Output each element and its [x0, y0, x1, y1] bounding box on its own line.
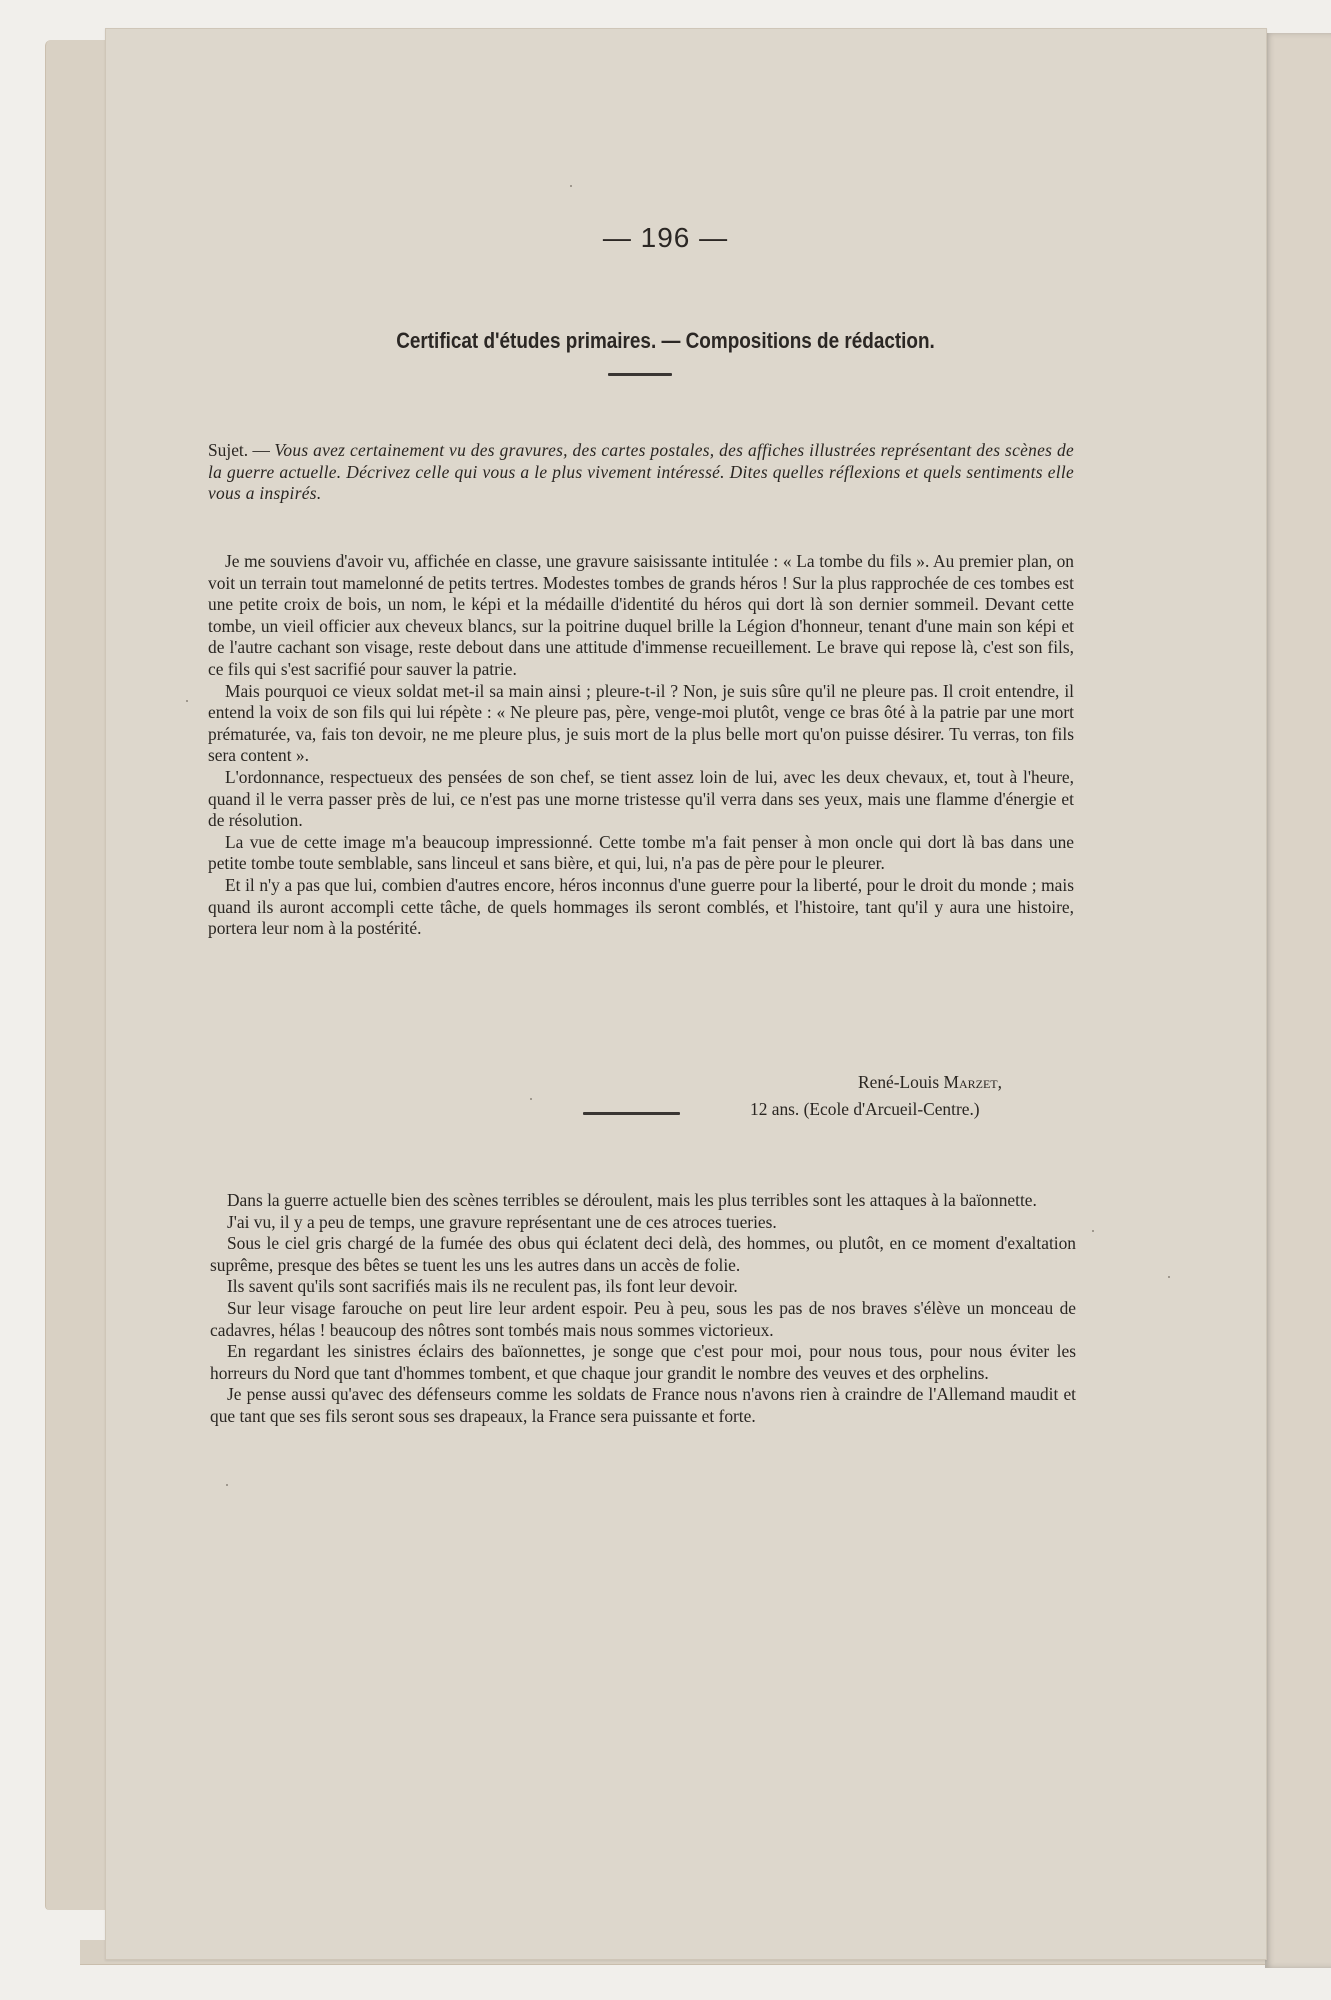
subject-prompt: Sujet. — Vous avez certainement vu des g… [208, 440, 1074, 505]
author-name: René-Louis Marzet, [750, 1069, 1002, 1096]
heading-divider [608, 373, 672, 376]
subject-text: Vous avez certainement vu des gravures, … [208, 440, 1074, 503]
page-heading: Certificat d'études primaires. — Composi… [93, 328, 1238, 354]
essay-two-paragraph: Sur leur visage farouche on peut lire le… [210, 1298, 1076, 1341]
adjacent-sheet-right-edge [1265, 33, 1331, 1968]
essay-one-paragraph: Mais pourquoi ce vieux soldat met-il sa … [208, 681, 1074, 767]
subject-label: Sujet. — [208, 440, 274, 460]
essay-two-paragraph: En regardant les sinistres éclairs des b… [210, 1341, 1076, 1384]
essay-two-paragraph: Ils savent qu'ils sont sacrifiés mais il… [210, 1276, 1076, 1298]
essay-two: Dans la guerre actuelle bien des scènes … [210, 1190, 1076, 1428]
page-number: — 196 — [0, 222, 1331, 254]
essay-two-paragraph: Dans la guerre actuelle bien des scènes … [210, 1190, 1076, 1212]
document-page [105, 28, 1267, 1960]
essay-one-paragraph: Et il n'y a pas que lui, combien d'autre… [208, 875, 1074, 940]
author-surname: Marzet [943, 1072, 997, 1092]
essay-one-paragraph: L'ordonnance, respectueux des pensées de… [208, 767, 1074, 832]
essay-two-paragraph: Sous le ciel gris chargé de la fumée des… [210, 1233, 1076, 1276]
essay-two-paragraph: Je pense aussi qu'avec des défenseurs co… [210, 1384, 1076, 1427]
essay-one-signature: René-Louis Marzet, 12 ans. (Ecole d'Arcu… [750, 1069, 1002, 1123]
author-details: 12 ans. (Ecole d'Arcueil-Centre.) [750, 1099, 980, 1119]
essay-one-paragraph: La vue de cette image m'a beaucoup impre… [208, 832, 1074, 875]
essay-one-paragraph: Je me souviens d'avoir vu, affichée en c… [208, 551, 1074, 681]
essay-two-paragraph: J'ai vu, il y a peu de temps, une gravur… [210, 1212, 1076, 1234]
essay-one: Je me souviens d'avoir vu, affichée en c… [208, 551, 1074, 940]
section-divider [583, 1112, 680, 1115]
